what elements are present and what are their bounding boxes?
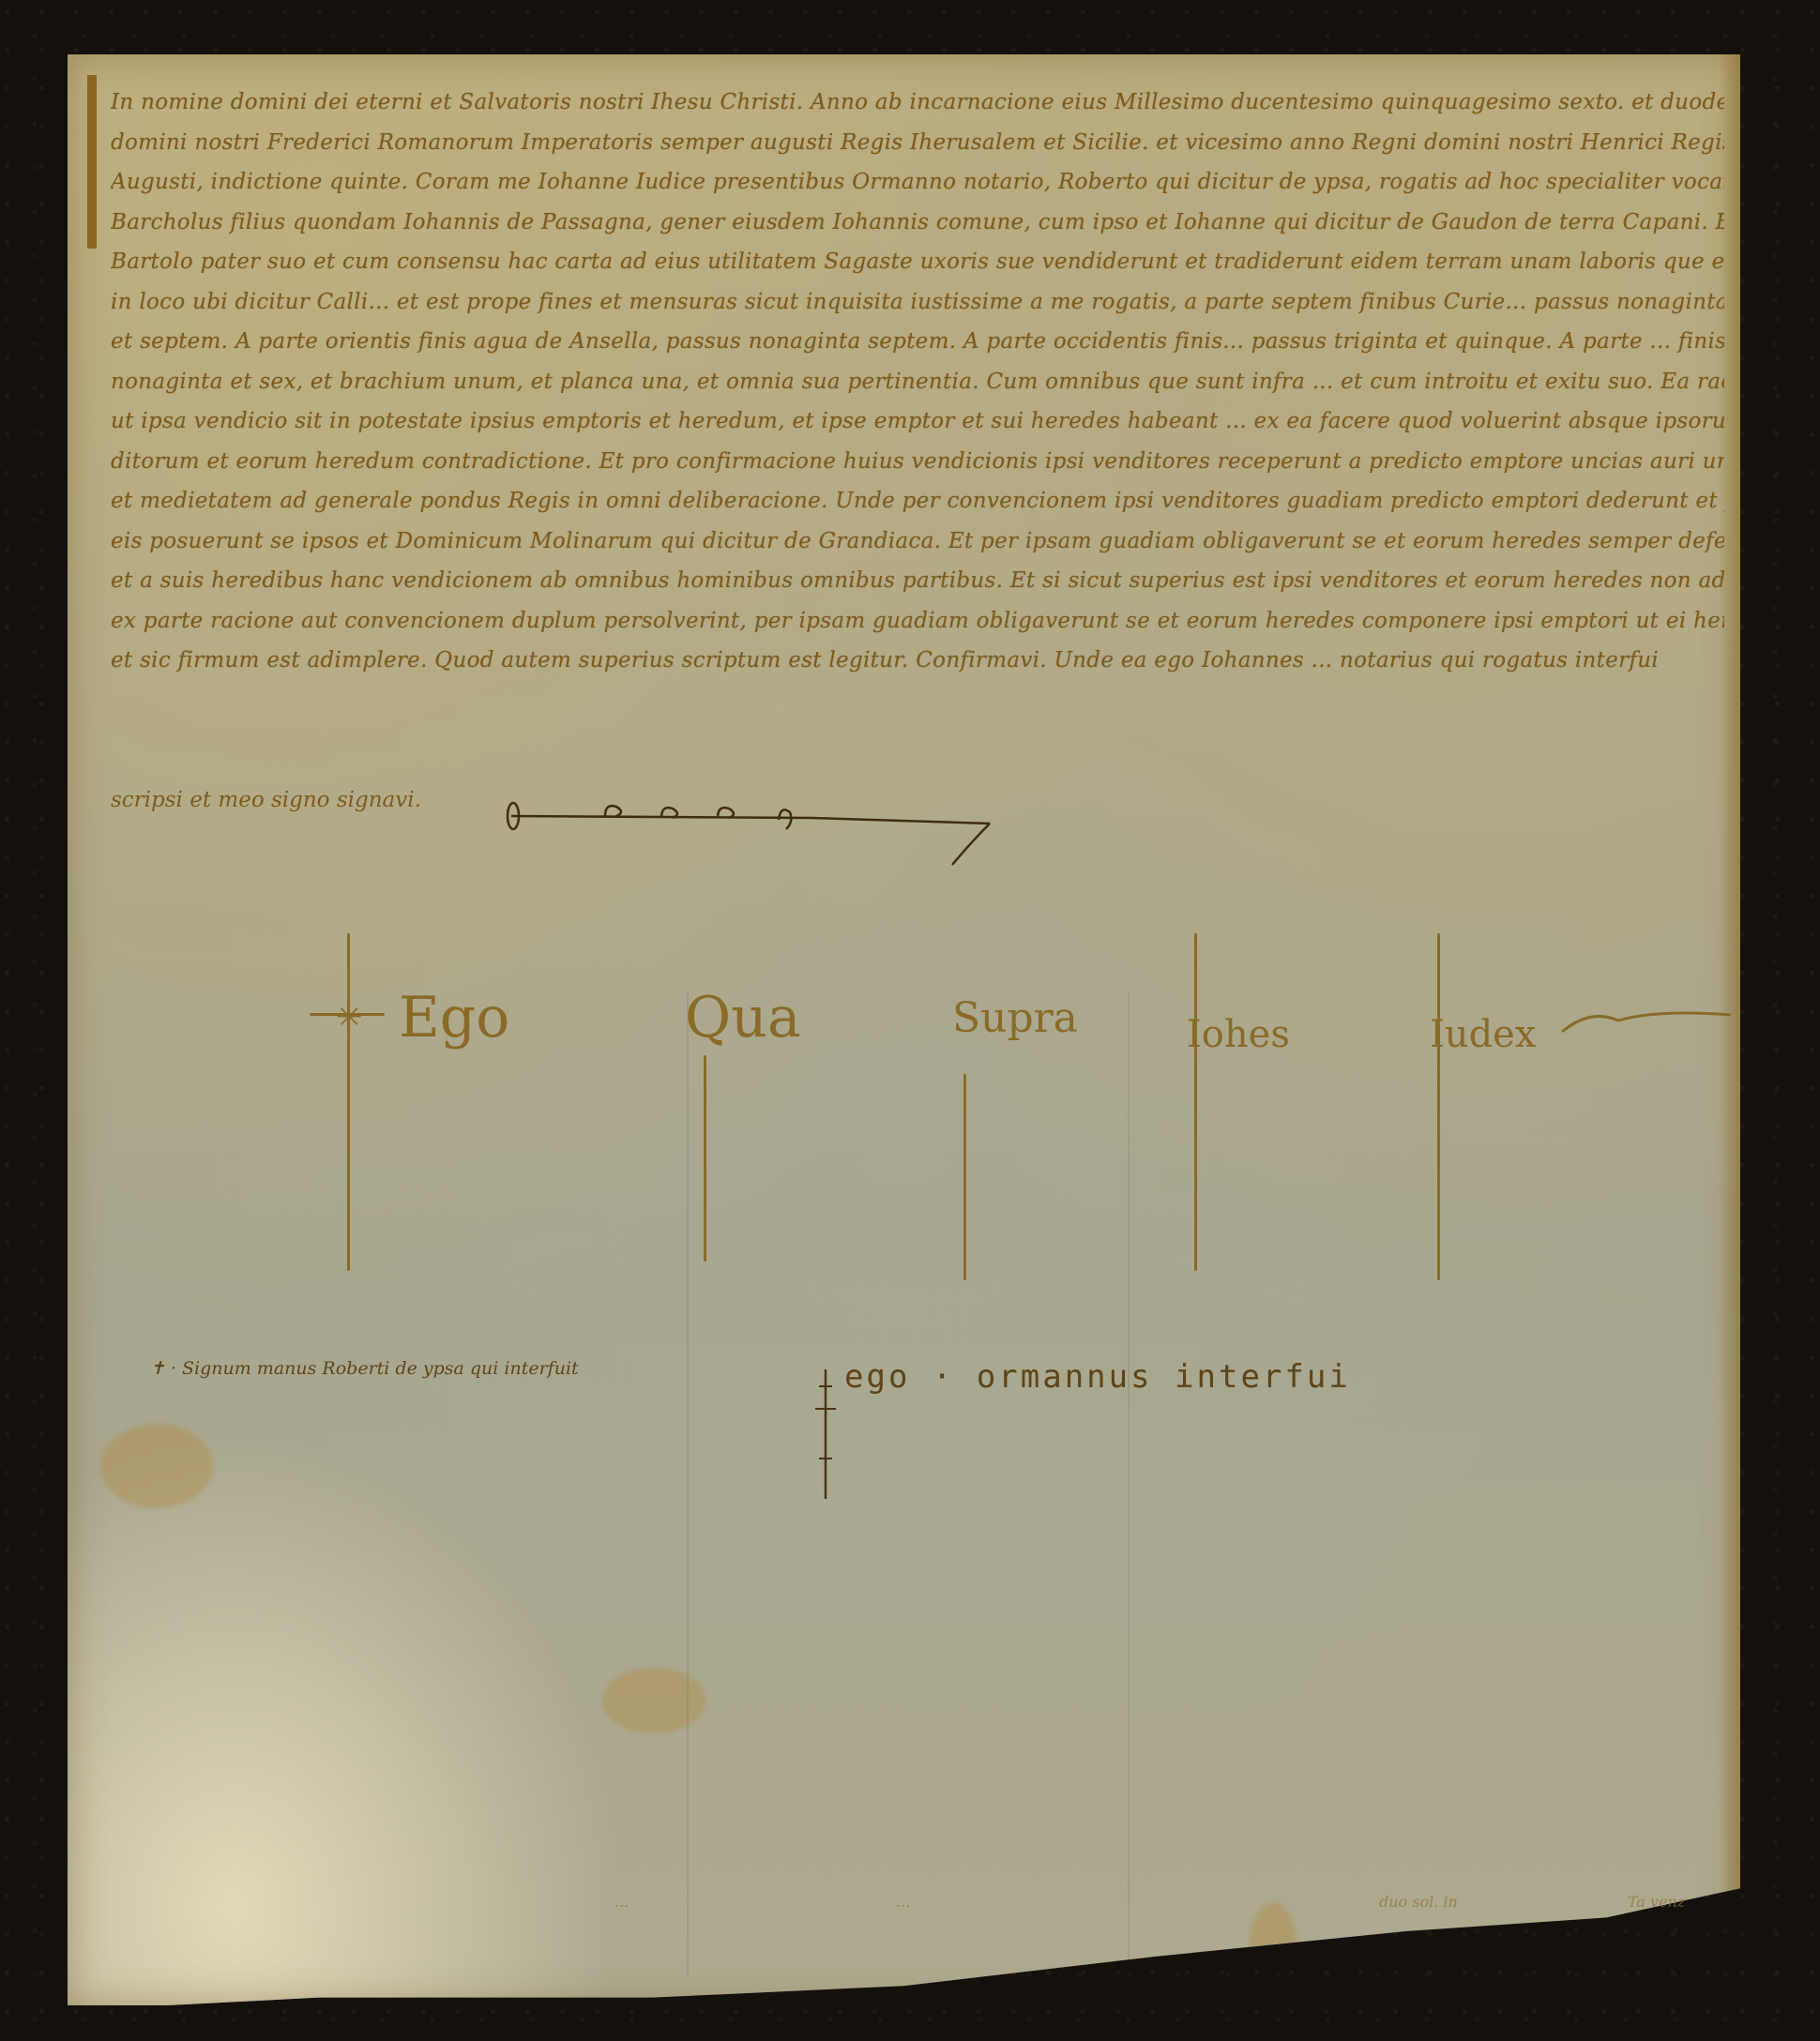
sig-word: Iudex: [1430, 1013, 1536, 1056]
subscription-iudex: Iudex: [1426, 933, 1745, 1290]
body-line: nonaginta et sex, et brachium unum, et p…: [111, 362, 1724, 402]
body-line: in loco ubi dicitur Calli... et est prop…: [111, 282, 1724, 323]
body-line: Barcholus filius quondam Iohannis de Pas…: [111, 203, 1724, 243]
witness-subscription: ✝ · Signum manus Roberti de ypsa qui int…: [150, 1358, 579, 1379]
verso-note: ...: [614, 1893, 629, 1911]
subscription-qua: Qua: [675, 933, 863, 1290]
body-line: ex parte racione aut convencionem duplum…: [111, 601, 1724, 642]
body-line: Augusti, indictione quinte. Coram me Ioh…: [111, 162, 1724, 203]
body-line: et medietatem ad generale pondus Regis i…: [111, 481, 1724, 522]
initial-i-decoration: [87, 75, 97, 249]
verso-note: duo sol. in: [1379, 1893, 1458, 1911]
notary-cross-icon: [811, 1369, 840, 1501]
body-line: ditorum et eorum heredum contradictione.…: [111, 442, 1724, 482]
water-stain: [602, 1668, 705, 1733]
charter-body: In nomine domini dei eterni et Salvatori…: [111, 83, 1724, 681]
subscription-iohes: Iohes: [1177, 933, 1365, 1290]
body-line: et sic firmum est adimplere. Quod autem …: [111, 641, 1724, 681]
water-stain: [100, 1424, 213, 1508]
sig-word: Qua: [685, 985, 801, 1051]
body-line: eis posuerunt se ipsos et Dominicum Moli…: [111, 522, 1724, 562]
verso-note: ...: [896, 1893, 910, 1911]
body-line: et a suis heredibus hanc vendicionem ab …: [111, 561, 1724, 601]
sig-word: Supra: [952, 994, 1078, 1042]
sig-word: Ego: [399, 985, 509, 1051]
quill-flourish-icon: [1557, 1004, 1736, 1041]
verso-note: Ta venz: [1628, 1893, 1685, 1911]
subscription-supra: Supra: [952, 933, 1140, 1290]
closing-line: scripsi et meo signo signavi.: [111, 788, 421, 812]
subscriptions: ✳ Ego Qua Supra Iohes Iudex: [0, 933, 1820, 1290]
notarial-flourish: [502, 797, 1027, 872]
subscription-ego: ✳ Ego: [310, 933, 554, 1290]
body-line: Bartolo pater suo et cum consensu hac ca…: [111, 242, 1724, 282]
body-line: In nomine domini dei eterni et Salvatori…: [111, 83, 1724, 123]
body-line: domini nostri Frederici Romanorum Impera…: [111, 123, 1724, 163]
notary-signature: ego · ormannus interfui: [844, 1358, 1351, 1396]
cross-star-icon: ✳: [336, 999, 363, 1036]
sig-word: Iohes: [1187, 1013, 1290, 1056]
body-line: et septem. A parte orientis finis agua d…: [111, 322, 1724, 362]
body-line: ut ipsa vendicio sit in potestate ipsius…: [111, 401, 1724, 442]
